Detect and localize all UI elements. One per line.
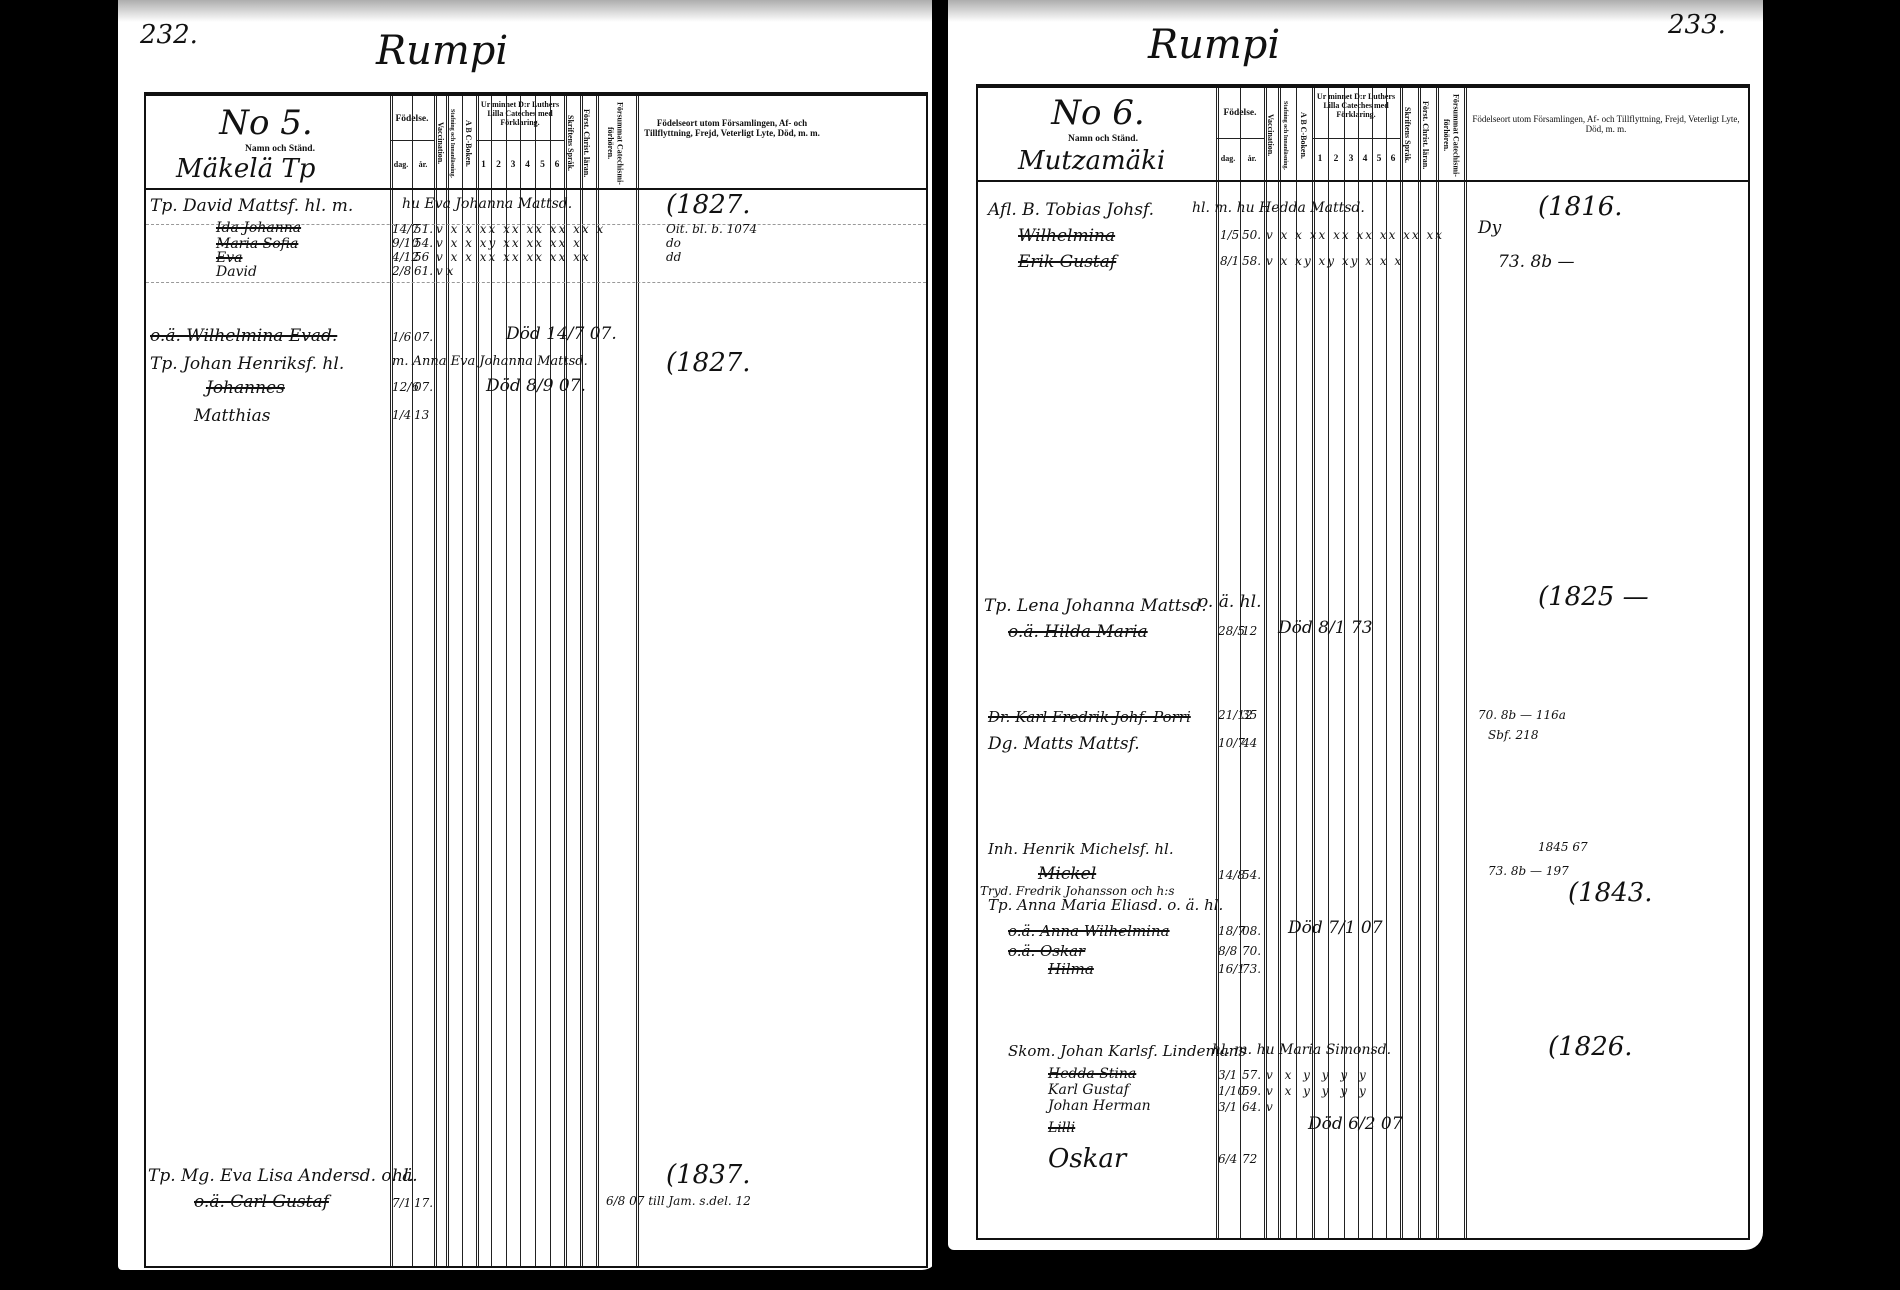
farm-name: Mäkelä Tp: [176, 154, 315, 184]
entry-name: Karl Gustaf: [1048, 1082, 1129, 1098]
catechism-col-6: 6: [1386, 154, 1400, 165]
entry-name: o.ä. Hilda Maria: [1008, 622, 1148, 642]
header-abc-book: A B C-Boken.: [464, 102, 473, 184]
entry-remark: dd: [666, 250, 681, 264]
catechism-col-2: 2: [1328, 154, 1344, 165]
entry-marks: v x: [436, 264, 453, 278]
header-remarks: Födelseort utom Församlingen, Af- och Ti…: [1468, 114, 1744, 135]
entry-name: Tp. Lena Johanna Mattsd.: [984, 596, 1207, 616]
household-number: No 5.: [146, 104, 386, 143]
entry-name: Johannes: [206, 378, 285, 398]
catechism-col-3: 3: [506, 160, 520, 171]
entry-extra: hl.: [392, 1166, 414, 1186]
page-number: 232.: [140, 20, 198, 50]
catechism-col-6: 6: [550, 160, 564, 171]
header-name: Namn och Ständ.: [1048, 134, 1158, 145]
entry-year: 72: [1242, 1152, 1257, 1166]
entry-day: 1/4: [392, 408, 411, 422]
catechism-col-4: 4: [1358, 154, 1372, 165]
entry-remark: (1827.: [666, 190, 751, 220]
entry-remark: (1825 —: [1538, 582, 1649, 612]
entry-marks: v x y y y y: [1266, 1068, 1370, 1082]
entry-year: 61.: [414, 264, 433, 278]
entry-year: 08.: [1242, 924, 1261, 938]
header-birth: Födelse.: [390, 114, 434, 125]
entry-day: 1/10: [1218, 1084, 1245, 1098]
entry-name: Erik Gustaf: [1018, 252, 1116, 272]
header-abc-book: A B C-Boken.: [1299, 94, 1308, 176]
catechism-col-1: 1: [1312, 154, 1328, 165]
entry-remark: Oit. bl. b. 1074: [666, 222, 757, 236]
header-scripture: Skriftens Språk.: [566, 102, 575, 184]
entry-remark: (1826.: [1548, 1032, 1633, 1062]
entry-day: 2/8: [392, 264, 411, 278]
entry-year: 50.: [1242, 228, 1261, 242]
catechism-col-4: 4: [520, 160, 535, 171]
entry-name: o.ä. Oskar: [1008, 942, 1085, 960]
entry-name: Dr. Karl Fredrik Johf. Porri: [988, 708, 1191, 726]
entry-year: 35: [1242, 708, 1257, 722]
entry-year: 56: [414, 250, 429, 264]
entry-extra: hl. m. hu Maria Simonsd.: [1212, 1042, 1391, 1058]
catechism-col-5: 5: [535, 160, 550, 171]
entry-year: 54.: [1242, 868, 1261, 882]
entry-extra: o. ä. hl.: [1198, 592, 1261, 612]
entry-marks: v: [1266, 1100, 1273, 1114]
entry-day: 1/5: [1220, 228, 1239, 242]
entry-year: 07.: [414, 380, 433, 394]
entry-name: Tp. David Mattsf. hl. m.: [150, 196, 353, 216]
entry-name: Lilli: [1048, 1120, 1075, 1136]
header-reading: Stafning och Innanläsning.: [1281, 94, 1288, 176]
entry-day: 7/1: [392, 1196, 411, 1210]
header-catechism: Ur minnet D:r Luthers Lilla Cateches med…: [1312, 92, 1400, 120]
entry-death-note: Död 8/9 07.: [486, 376, 586, 396]
header-birth-day: dag.: [1216, 154, 1240, 163]
header-birth-year: år.: [412, 160, 434, 169]
entry-name: o.ä. Wilhelmina Evad.: [150, 326, 337, 346]
entry-year: 13: [414, 408, 429, 422]
entry-year: 12: [1242, 624, 1257, 638]
entry-name: o.ä. Carl Gustaf: [194, 1192, 329, 1212]
entry-day: 28/5: [1218, 624, 1245, 638]
entry-day: 3/1: [1218, 1100, 1237, 1114]
left-page: 232. Rumpi No 5. Namn och Ständ. Mäkelä …: [118, 0, 938, 1270]
entry-remark: (1843.: [1568, 878, 1653, 908]
entry-marks: v x xy xy xy x x x: [1266, 254, 1403, 268]
scan-smudge: [118, 0, 938, 22]
entry-remark: 73. 8b —: [1498, 252, 1575, 272]
entry-day: 10/7: [1218, 736, 1245, 750]
entry-day: 16/1: [1218, 962, 1245, 976]
village-name: Rumpi: [376, 28, 508, 74]
entry-remark: do: [666, 236, 681, 250]
entry-remark: 73. 8b — 197: [1488, 864, 1569, 878]
entry-name: Inh. Henrik Michelsf. hl.: [988, 840, 1174, 858]
entry-year: 51.: [414, 222, 433, 236]
entry-name: Mickel: [1038, 864, 1096, 884]
header-missed: Försummat Catechismi-förhören.: [606, 100, 624, 186]
entry-day: 6/4: [1218, 1152, 1237, 1166]
entry-extra: hl. m. hu Hedda Mattsd.: [1192, 200, 1365, 216]
page-number: 233.: [1668, 10, 1726, 40]
entry-name: Oskar: [1048, 1144, 1126, 1174]
catechism-col-2: 2: [491, 160, 506, 171]
entry-name: Matthias: [194, 406, 270, 426]
header-birth-day: dag.: [390, 160, 412, 169]
entry-name: Hedda Stina: [1048, 1066, 1136, 1082]
entry-death-note: Död 6/2 07: [1308, 1114, 1403, 1134]
register-table: No 6. Namn och Ständ. Mutzamäki Födelse.…: [976, 84, 1750, 1240]
entry-death-note: Död 14/7 07.: [506, 324, 617, 344]
entry-extra: m. Anna Eva Johanna Mattsd.: [392, 354, 588, 369]
header-remarks: Födelseort utom Församlingen, Af- och Ti…: [640, 118, 824, 139]
entry-year: 59.: [1242, 1084, 1261, 1098]
header-vaccination: Vaccination.: [436, 102, 445, 184]
entry-marks: v x x xx xx xx xx xx x: [436, 222, 605, 236]
entry-marks: v x x xy xx xx xx x: [436, 236, 582, 250]
catechism-col-5: 5: [1372, 154, 1386, 165]
header-vaccination: Vaccination.: [1266, 94, 1275, 176]
farm-name: Mutzamäki: [1018, 146, 1165, 176]
entry-name: Skom. Johan Karlsf. Lindemans: [1008, 1042, 1246, 1060]
entry-day: 8/8: [1218, 944, 1237, 958]
header-birth-year: år.: [1240, 154, 1264, 163]
entry-year: 64.: [1242, 1100, 1261, 1114]
entry-remark: Sbf. 218: [1488, 728, 1538, 742]
entry-year: 73.: [1242, 962, 1261, 976]
entry-name: Tp. Mg. Eva Lisa Andersd. o. ä.: [148, 1166, 418, 1186]
entry-name: David: [216, 264, 257, 280]
entry-name: Ida Johanna: [216, 220, 301, 236]
entry-remark: (1816.: [1538, 192, 1623, 222]
entry-remark: (1827.: [666, 348, 751, 378]
entry-marks: v x x xx xx xx xx xx: [436, 250, 591, 264]
header-birth: Födelse.: [1216, 108, 1264, 119]
scan-smudge: [948, 0, 1763, 22]
entry-remark: 6/8 07 till Jam. s.del. 12: [606, 1194, 751, 1208]
entry-death-note: Död 7/1 07: [1288, 918, 1383, 938]
household-number: No 6.: [998, 94, 1198, 133]
entry-year: 58.: [1242, 254, 1261, 268]
header-missed: Försummat Catechismi-förhören.: [1442, 92, 1460, 178]
entry-day: 1/6: [392, 330, 411, 344]
entry-day: 3/1: [1218, 1068, 1237, 1082]
entry-marks: v x x xx xx xx xx xx xx: [1266, 228, 1444, 242]
entry-remark: 70. 8b — 116a: [1478, 708, 1566, 722]
right-page: 233. Rumpi No 6. Namn och Ständ. Mutzamä…: [948, 0, 1763, 1250]
entry-extra: hu Eva Johanna Mattsd.: [402, 196, 572, 212]
header-catechism: Ur minnet D:r Luthers Lilla Cateches med…: [476, 100, 564, 128]
entry-year: 07.: [414, 330, 433, 344]
entry-marks: v x y y y y: [1266, 1084, 1370, 1098]
entry-day: 18/7: [1218, 924, 1245, 938]
entry-name: Wilhelmina: [1018, 226, 1115, 246]
entry-name: Tp. Anna Maria Eliasd. o. ä. hl.: [988, 896, 1223, 914]
entry-name: Hilma: [1048, 960, 1094, 978]
entry-death-note: Död 8/1 73: [1278, 618, 1373, 638]
header-christian: Först. Christ. läran.: [582, 102, 591, 184]
entry-year: 44: [1242, 736, 1257, 750]
entry-remark: 1845 67: [1538, 840, 1588, 854]
entry-remark: Dy: [1478, 218, 1501, 238]
header-scripture: Skriftens Språk.: [1403, 94, 1412, 176]
village-name: Rumpi: [1148, 22, 1280, 68]
entry-remark: (1837.: [666, 1160, 751, 1190]
header-christian: Först. Christ. läran.: [1421, 94, 1430, 176]
entry-name: Tp. Johan Henriksf. hl.: [150, 354, 344, 374]
entry-name: o.ä. Anna Wilhelmina: [1008, 922, 1170, 940]
entry-name: Afl. B. Tobias Johsf.: [988, 200, 1154, 220]
register-table: No 5. Namn och Ständ. Mäkelä Tp Födelse.…: [144, 92, 928, 1268]
entry-year: 57.: [1242, 1068, 1261, 1082]
entry-day: 8/1: [1220, 254, 1239, 268]
entry-year: 70.: [1242, 944, 1261, 958]
catechism-col-1: 1: [476, 160, 491, 171]
header-reading: Stafning och Innanläsning.: [448, 102, 455, 184]
entry-name: Dg. Matts Mattsf.: [988, 734, 1140, 754]
catechism-col-3: 3: [1344, 154, 1358, 165]
entry-year: 17.: [414, 1196, 433, 1210]
entry-day: 14/8: [1218, 868, 1245, 882]
entry-year: 54.: [414, 236, 433, 250]
entry-name: Johan Herman: [1048, 1098, 1151, 1114]
